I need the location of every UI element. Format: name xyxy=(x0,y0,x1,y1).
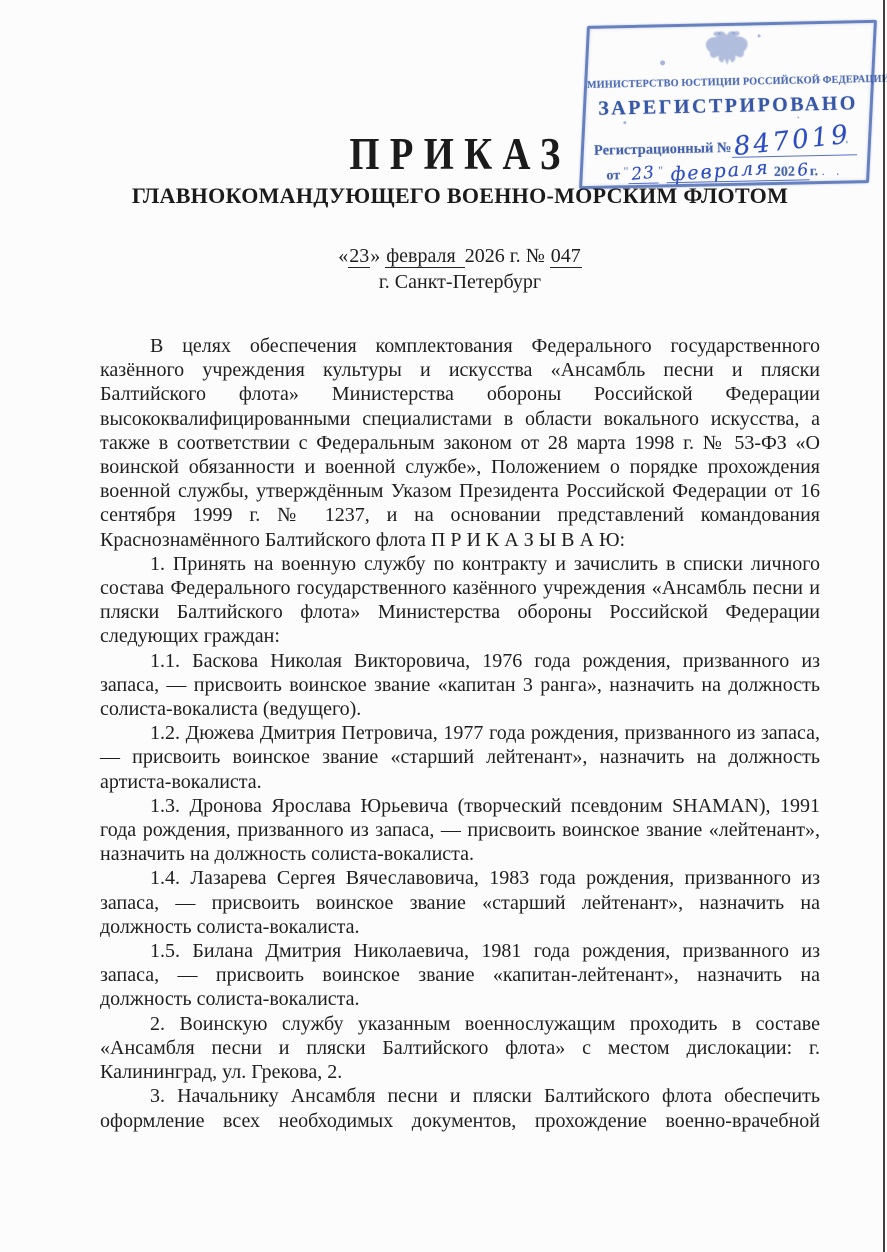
stamp-year-digit: 6 xyxy=(794,162,810,180)
order-body: В целях обеспечения комплектования Федер… xyxy=(100,334,820,1133)
stamp-reg-number-label: Регистрационный № xyxy=(594,140,732,159)
stamp-reg-number-underline: 847019 xyxy=(731,128,857,158)
stamp-registration-number-row: Регистрационный №847019 xyxy=(594,128,869,161)
paragraph-preamble: В целях обеспечения комплектования Федер… xyxy=(100,334,820,552)
ink-speck xyxy=(818,79,820,81)
ink-speck xyxy=(660,60,665,65)
order-day: 23 xyxy=(348,245,370,268)
paragraph-item-3: 3. Начальнику Ансамбля песни и пляски Ба… xyxy=(100,1084,820,1132)
paragraph-item-1-3: 1.3. Дронова Ярослава Юрьевича (творческ… xyxy=(100,794,820,867)
date-quote-close: » xyxy=(370,245,380,267)
scan-edge-artifact xyxy=(883,0,885,1252)
order-date-line: «23» февраля2026 г. № 047 xyxy=(100,245,820,268)
order-number: 047 xyxy=(550,245,582,268)
double-headed-eagle-icon xyxy=(581,25,872,71)
date-quote-open: « xyxy=(338,245,348,267)
ink-speck xyxy=(734,173,737,175)
stamp-quote-close: " xyxy=(658,163,663,177)
paragraph-item-1: 1. Принять на военную службу по контракт… xyxy=(100,552,820,649)
stamp-date-prefix: от xyxy=(606,168,620,183)
ink-speck xyxy=(623,121,626,124)
paragraph-item-1-1: 1.1. Баскова Николая Викторовича, 1976 г… xyxy=(100,649,820,722)
stamp-year-printed: 202 xyxy=(774,165,795,180)
ink-speck xyxy=(797,117,799,119)
ink-speck xyxy=(758,34,761,37)
ink-speck xyxy=(846,140,848,143)
stamp-date-month: февраля xyxy=(666,158,774,185)
order-year: 2026 г. xyxy=(465,245,521,267)
order-subtitle: ГЛАВНОКОМАНДУЮЩЕГО ВОЕННО-МОРСКИМ ФЛОТОМ xyxy=(100,183,820,209)
number-sign: № xyxy=(526,245,545,267)
paragraph-item-1-4: 1.4. Лазарева Сергея Вячеславовича, 1983… xyxy=(100,866,820,939)
order-city: г. Санкт-Петербург xyxy=(100,271,820,294)
stamp-day-underline: 23 xyxy=(628,165,658,184)
paragraph-item-1-2: 1.2. Дюжева Дмитрия Петровича, 1977 года… xyxy=(100,721,820,794)
stamp-year-digit-underline: 6 xyxy=(795,162,810,180)
order-month: февраля xyxy=(385,245,465,268)
registration-stamp: МИНИСТЕРСТВО ЮСТИЦИИ РОССИЙСКОЙ ФЕДЕРАЦИ… xyxy=(581,20,874,189)
paragraph-item-2: 2. Воинскую службу указанным военнослужа… xyxy=(100,1012,820,1085)
stamp-ink-dots: . . xyxy=(821,163,843,178)
scanned-order-page: ПРИКАЗ ГЛАВНОКОМАНДУЮЩЕГО ВОЕННО-МОРСКИМ… xyxy=(0,0,887,1252)
stamp-month-year-underline: февраля202 xyxy=(666,161,795,184)
stamp-date-day: 23 xyxy=(628,164,659,184)
paragraph-item-1-5: 1.5. Билана Дмитрия Николаевича, 1981 го… xyxy=(100,939,820,1012)
